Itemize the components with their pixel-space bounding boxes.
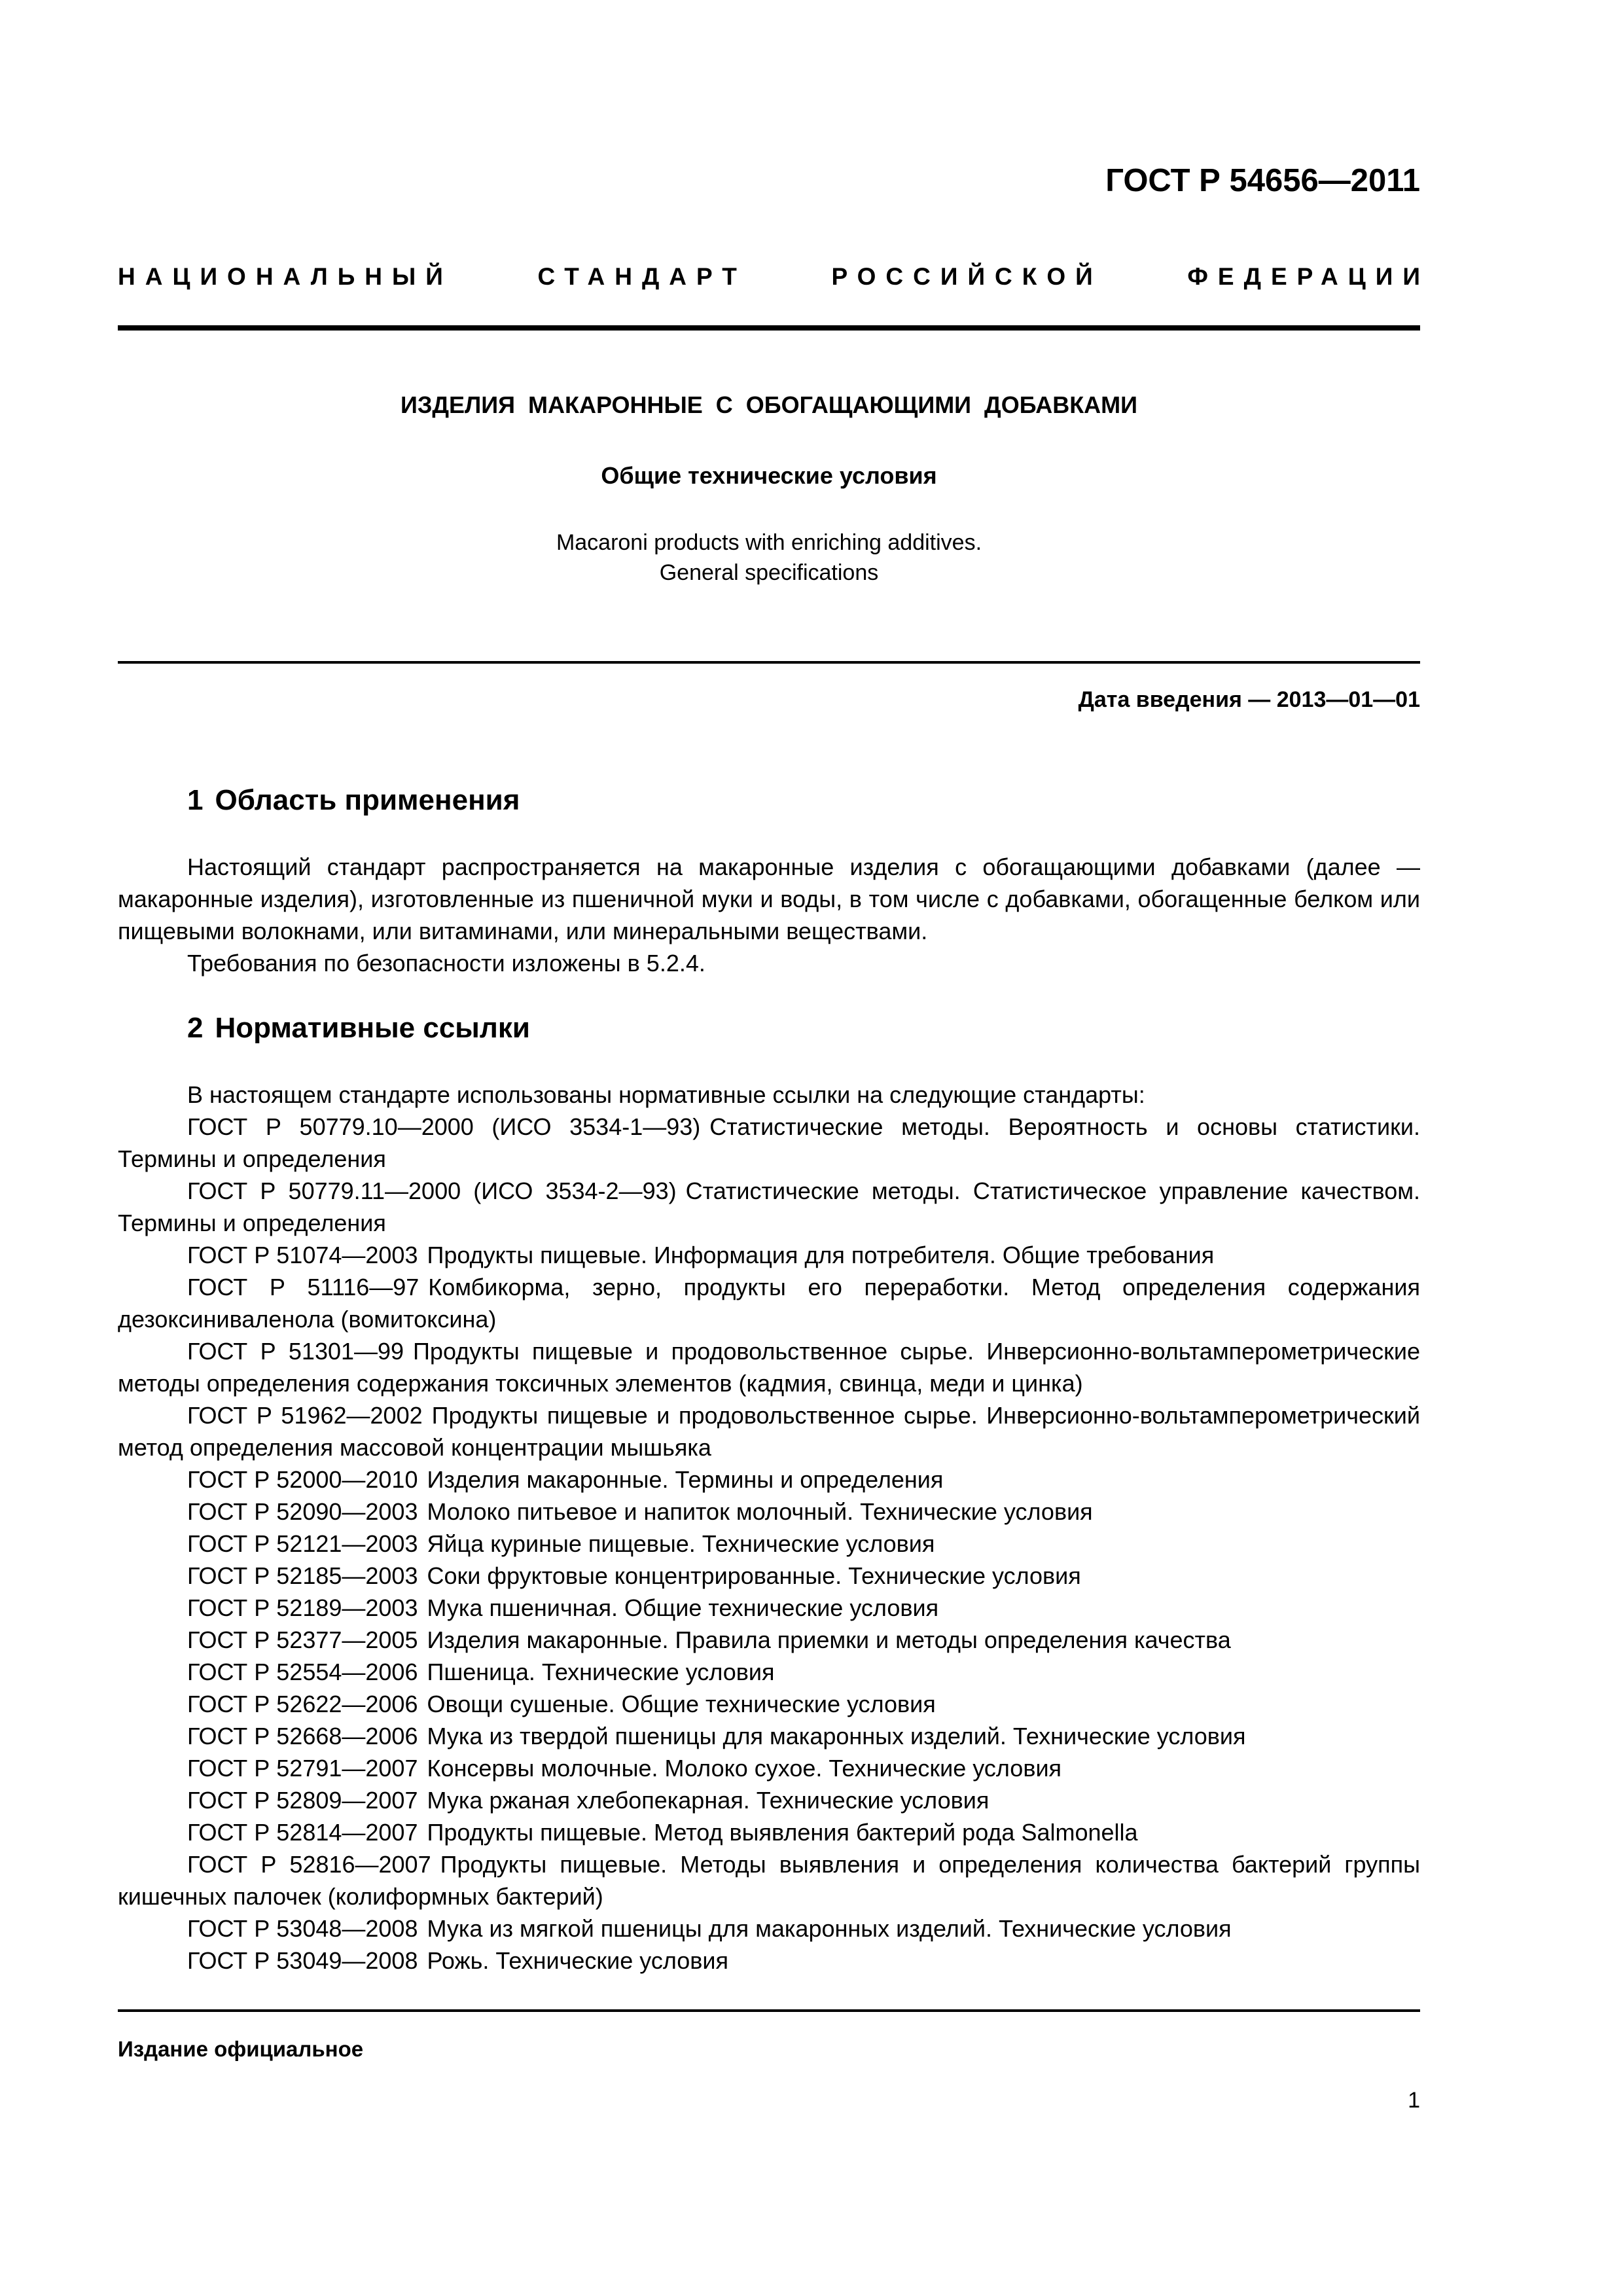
section-number: 2 <box>187 1012 203 1044</box>
reference-item: ГОСТ Р 52791—2007Консервы молочные. Моло… <box>118 1752 1420 1784</box>
official-edition-label: Издание официальное <box>118 2037 363 2062</box>
reference-title: Продукты пищевые. Метод выявления бактер… <box>427 1819 1137 1846</box>
reference-code: ГОСТ Р 52121—2003 <box>187 1530 418 1557</box>
reference-title: Соки фруктовые концентрированные. Технич… <box>427 1562 1080 1589</box>
reference-item: ГОСТ Р 52622—2006Овощи сушеные. Общие те… <box>118 1688 1420 1720</box>
header-divider <box>118 325 1420 331</box>
reference-code: ГОСТ Р 50779.10—2000 (ИСО 3534-1—93) <box>187 1113 700 1140</box>
reference-code: ГОСТ Р 52185—2003 <box>187 1562 418 1589</box>
references-list: В настоящем стандарте использованы норма… <box>118 1079 1420 1977</box>
reference-code: ГОСТ Р 52622—2006 <box>187 1691 418 1717</box>
title-divider <box>118 661 1420 664</box>
reference-item: ГОСТ Р 52121—2003Яйца куриные пищевые. Т… <box>118 1528 1420 1560</box>
reference-code: ГОСТ Р 53049—2008 <box>187 1947 418 1974</box>
reference-code: ГОСТ Р 52090—2003 <box>187 1498 418 1525</box>
reference-code: ГОСТ Р 52809—2007 <box>187 1787 418 1814</box>
reference-item: ГОСТ Р 51962—2002Продукты пищевые и прод… <box>118 1399 1420 1463</box>
reference-title: Консервы молочные. Молоко сухое. Техниче… <box>427 1755 1061 1782</box>
reference-code: ГОСТ Р 51074—2003 <box>187 1242 418 1268</box>
references-intro: В настоящем стандарте использованы норма… <box>118 1079 1420 1111</box>
reference-item: ГОСТ Р 51116—97Комбикорма, зерно, продук… <box>118 1271 1420 1335</box>
paragraph: Настоящий стандарт распространяется на м… <box>118 851 1420 947</box>
english-title-line: General specifications <box>118 558 1420 588</box>
reference-item: ГОСТ Р 51301—99Продукты пищевые и продов… <box>118 1335 1420 1399</box>
reference-item: ГОСТ Р 50779.10—2000 (ИСО 3534-1—93)Стат… <box>118 1111 1420 1175</box>
reference-item: ГОСТ Р 52189—2003Мука пшеничная. Общие т… <box>118 1592 1420 1624</box>
banner-word: ФЕДЕРАЦИИ <box>1187 263 1430 291</box>
reference-code: ГОСТ Р 52816—2007 <box>187 1851 431 1878</box>
reference-title: Продукты пищевые. Информация для потреби… <box>427 1242 1214 1268</box>
section-scope-body: Настоящий стандарт распространяется на м… <box>118 851 1420 979</box>
reference-title: Пшеница. Технические условия <box>427 1659 774 1685</box>
banner-word: СТАНДАРТ <box>537 263 746 291</box>
document-page: ГОСТ Р 54656—2011 НАЦИОНАЛЬНЫЙ СТАНДАРТ … <box>118 0 1420 2296</box>
reference-item: ГОСТ Р 51074—2003Продукты пищевые. Инфор… <box>118 1239 1420 1271</box>
paragraph: Требования по безопасности изложены в 5.… <box>118 947 1420 979</box>
english-title: Macaroni products with enriching additiv… <box>118 528 1420 588</box>
reference-item: ГОСТ Р 52668—2006Мука из твердой пшеницы… <box>118 1720 1420 1752</box>
reference-code: ГОСТ Р 52000—2010 <box>187 1466 418 1493</box>
reference-code: ГОСТ Р 52189—2003 <box>187 1594 418 1621</box>
section-heading-scope: 1Область применения <box>187 784 520 817</box>
reference-title: Рожь. Технические условия <box>427 1947 728 1974</box>
document-title: ИЗДЕЛИЯ МАКАРОННЫЕ С ОБОГАЩАЮЩИМИ ДОБАВК… <box>118 391 1420 419</box>
reference-item: ГОСТ Р 52814—2007Продукты пищевые. Метод… <box>118 1816 1420 1848</box>
reference-item: ГОСТ Р 53049—2008Рожь. Технические услов… <box>118 1945 1420 1977</box>
reference-code: ГОСТ Р 51116—97 <box>187 1274 419 1300</box>
reference-title: Яйца куриные пищевые. Технические услови… <box>427 1530 935 1557</box>
reference-title: Мука из твердой пшеницы для макаронных и… <box>427 1723 1245 1749</box>
reference-item: ГОСТ Р 52809—2007Мука ржаная хлебопекарн… <box>118 1784 1420 1816</box>
footer-divider <box>118 2009 1420 2012</box>
section-number: 1 <box>187 784 203 816</box>
reference-item: ГОСТ Р 52090—2003Молоко питьевое и напит… <box>118 1496 1420 1528</box>
reference-code: ГОСТ Р 52377—2005 <box>187 1626 418 1653</box>
reference-title: Изделия макаронные. Правила приемки и ме… <box>427 1626 1230 1653</box>
references-container: ГОСТ Р 50779.10—2000 (ИСО 3534-1—93)Стат… <box>118 1111 1420 1977</box>
section-heading-references: 2Нормативные ссылки <box>187 1012 530 1045</box>
reference-code: ГОСТ Р 52668—2006 <box>187 1723 418 1749</box>
reference-title: Овощи сушеные. Общие технические условия <box>427 1691 935 1717</box>
reference-title: Мука ржаная хлебопекарная. Технические у… <box>427 1787 989 1814</box>
reference-item: ГОСТ Р 52816—2007Продукты пищевые. Метод… <box>118 1848 1420 1912</box>
reference-code: ГОСТ Р 51962—2002 <box>187 1402 423 1429</box>
reference-code: ГОСТ Р 52554—2006 <box>187 1659 418 1685</box>
reference-item: ГОСТ Р 52377—2005Изделия макаронные. Пра… <box>118 1624 1420 1656</box>
reference-item: ГОСТ Р 50779.11—2000 (ИСО 3534-2—93)Стат… <box>118 1175 1420 1239</box>
national-standard-banner: НАЦИОНАЛЬНЫЙ СТАНДАРТ РОССИЙСКОЙ ФЕДЕРАЦ… <box>118 263 1420 291</box>
section-title: Нормативные ссылки <box>215 1012 529 1044</box>
page-number: 1 <box>1408 2088 1420 2113</box>
introduction-date: Дата введения — 2013—01—01 <box>1079 687 1420 713</box>
reference-code: ГОСТ Р 52791—2007 <box>187 1755 418 1782</box>
english-title-line: Macaroni products with enriching additiv… <box>118 528 1420 558</box>
reference-item: ГОСТ Р 52000—2010Изделия макаронные. Тер… <box>118 1463 1420 1496</box>
reference-code: ГОСТ Р 50779.11—2000 (ИСО 3534-2—93) <box>187 1177 677 1204</box>
reference-title: Изделия макаронные. Термины и определени… <box>427 1466 943 1493</box>
reference-item: ГОСТ Р 52554—2006Пшеница. Технические ус… <box>118 1656 1420 1688</box>
standard-code: ГОСТ Р 54656—2011 <box>1105 162 1420 199</box>
banner-word: НАЦИОНАЛЬНЫЙ <box>118 263 453 291</box>
reference-item: ГОСТ Р 52185—2003Соки фруктовые концентр… <box>118 1560 1420 1592</box>
reference-title: Мука пшеничная. Общие технические услови… <box>427 1594 938 1621</box>
reference-title: Молоко питьевое и напиток молочный. Техн… <box>427 1498 1092 1525</box>
document-subtitle: Общие технические условия <box>118 462 1420 490</box>
reference-code: ГОСТ Р 53048—2008 <box>187 1915 418 1942</box>
reference-item: ГОСТ Р 53048—2008Мука из мягкой пшеницы … <box>118 1912 1420 1945</box>
reference-code: ГОСТ Р 52814—2007 <box>187 1819 418 1846</box>
section-title: Область применения <box>215 784 520 816</box>
reference-code: ГОСТ Р 51301—99 <box>187 1338 404 1365</box>
reference-title: Мука из мягкой пшеницы для макаронных из… <box>427 1915 1231 1942</box>
banner-word: РОССИЙСКОЙ <box>831 263 1102 291</box>
